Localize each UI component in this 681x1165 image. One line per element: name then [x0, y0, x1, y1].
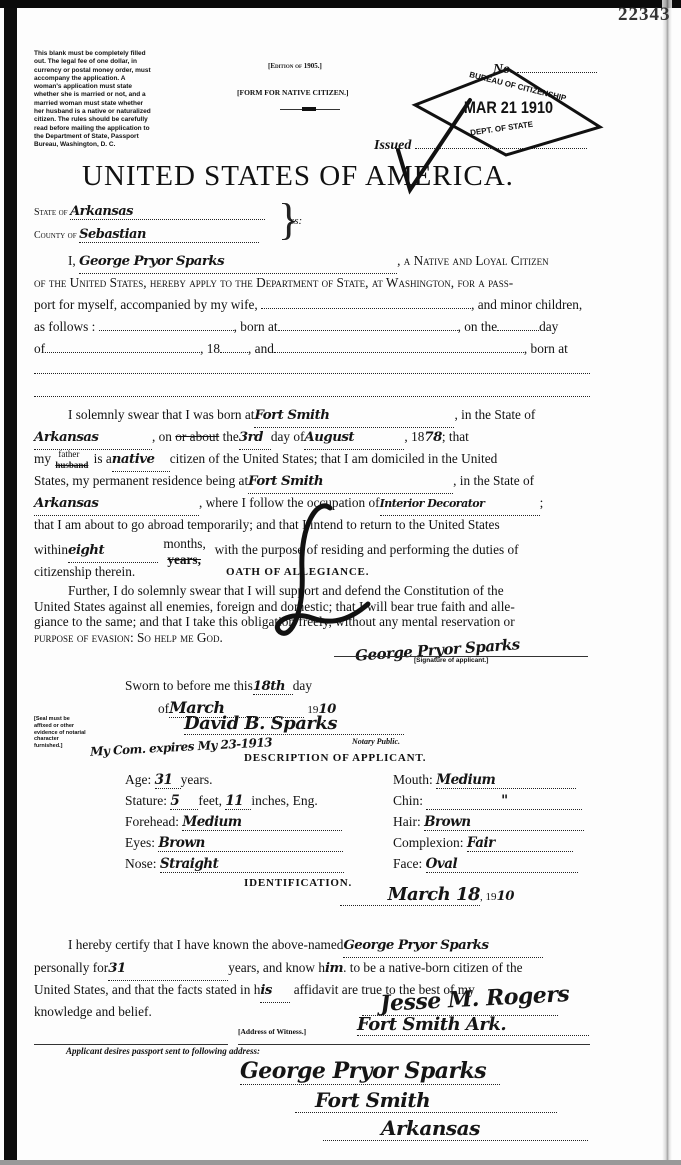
complexion-label: Complexion: [393, 835, 464, 850]
sworn-label: Sworn to before me this [125, 678, 253, 693]
second-child-line [274, 352, 524, 353]
hair-label: Hair: [393, 814, 421, 829]
day-label: day [539, 319, 558, 334]
within-value: eight [68, 541, 158, 563]
know-label: years, and know h [228, 960, 325, 975]
witness-address-field: Fort Smith Ark. [357, 1014, 589, 1036]
nose-field: Nose: Straight [125, 856, 344, 873]
mailing-state-value: Arkansas [323, 1116, 588, 1141]
knowledge-line: knowledge and belief. [34, 1002, 152, 1023]
blank-line-2 [34, 396, 590, 397]
residence-line: States, my permanent residence being atF… [34, 471, 534, 494]
abroad-line: that I am about to go abroad temporarily… [34, 515, 500, 536]
mailing-label: Applicant desires passport sent to follo… [66, 1046, 260, 1056]
born-at-label-2: , born at [524, 341, 568, 356]
native-born-text: to be a native-born citizen of the [350, 960, 523, 975]
the-label: the [223, 429, 239, 444]
birth-date-line: Arkansas, on or about the3rdday ofAugust… [34, 427, 469, 450]
scan-right-edge [662, 0, 672, 1165]
age-field: Age: 31years. [125, 772, 212, 789]
hair-field: Hair: Brown [393, 814, 584, 831]
age-years-label: years. [181, 772, 213, 787]
birth-month-value: August [304, 428, 404, 450]
instructions-note: This blank must be completely filled out… [34, 50, 152, 150]
sworn-day-value: 18th [253, 679, 293, 695]
chin-field: Chin: " [393, 793, 582, 810]
child-name-line [99, 330, 234, 331]
within-label: within [34, 542, 68, 557]
ss-label: ss: [290, 215, 302, 227]
witness-address-label: [Address of Witness.] [238, 1027, 306, 1036]
scan-bottom-edge [0, 1160, 681, 1165]
forehead-field: Forehead: Medium [125, 814, 342, 831]
application-line-3: port for myself, accompanied by my wife,… [34, 295, 582, 316]
nose-label: Nose: [125, 856, 157, 871]
of-label: of [34, 341, 45, 356]
day-of-label: day of [271, 429, 305, 444]
feet-label: feet, [198, 793, 222, 808]
notary-signature-line: David B. Sparks [184, 713, 404, 735]
father-line: my father husband is anativecitizen of t… [34, 449, 497, 472]
year-18-label: , 18 [200, 341, 220, 356]
complexion-field: Complexion: Fair [393, 835, 573, 852]
witness-address-value: Fort Smith Ark. [357, 1014, 589, 1036]
edition-label: [Edition of 1905.] [268, 62, 322, 70]
chin-label: Chin: [393, 793, 423, 808]
as-follows-label: as follows : [34, 319, 95, 334]
native-loyal-label: a Native and Loyal Citizen [404, 253, 549, 268]
nose-value: Straight [160, 856, 344, 873]
chin-value: " [426, 793, 582, 810]
eyes-label: Eyes: [125, 835, 155, 850]
on-the-label: , on the [458, 319, 498, 334]
known-name-value: George Pryor Sparks [343, 936, 543, 958]
face-value: Oval [426, 856, 578, 873]
state-value: Arkansas [70, 204, 265, 220]
state-of-label: , in the State of [454, 407, 535, 422]
forehead-label: Forehead: [125, 814, 179, 829]
eyes-field: Eyes: Brown [125, 835, 343, 852]
birth-state-value: Arkansas [34, 428, 152, 450]
document-title: UNITED STATES OF AMERICA. [82, 160, 514, 193]
sworn-of-label: of [158, 701, 169, 716]
personally-line: personally for31years, and know him. to … [34, 958, 523, 981]
born-at-line: I solemnly swear that I was born atFort … [68, 405, 535, 428]
county-field: County of Sebastian [34, 227, 259, 243]
face-field: Face: Oval [393, 856, 578, 873]
on-label: , on [152, 429, 172, 444]
birth-day-value: 3rd [239, 428, 271, 450]
years-struck: years, [167, 550, 201, 571]
seal-note: [Seal must be affixed or other evidence … [34, 716, 88, 750]
certify-label: I hereby certify that I have known the a… [68, 937, 343, 952]
description-heading: DESCRIPTION OF APPLICANT. [244, 752, 426, 764]
relation-choice: father husband [54, 453, 90, 467]
child-birthplace-line [278, 330, 458, 331]
notary-label: Notary Public. [352, 737, 400, 746]
his-value: is [260, 981, 290, 1003]
sworn-day-label: day [293, 678, 312, 693]
footer-divider-right [238, 1044, 590, 1045]
children-label: , and minor children, [471, 297, 582, 312]
and-label: , and [248, 341, 274, 356]
stature-inches-value: 11 [225, 793, 251, 810]
complexion-value: Fair [467, 835, 573, 852]
child-year-line [220, 352, 248, 353]
occupation-value: Interior Decorator [380, 494, 540, 516]
that-label: ; that [442, 429, 469, 444]
child-day-line [497, 330, 539, 331]
scan-top-border [0, 0, 681, 8]
application-line-2: of the United States, hereby apply to th… [34, 273, 513, 294]
stature-field: Stature: 5feet, 11inches, Eng. [125, 793, 318, 810]
year-prefix: , 18 [404, 429, 424, 444]
applicant-line: I, George Pryor Sparks, a Native and Loy… [68, 251, 549, 274]
identification-year-prefix: , 19 [480, 891, 497, 903]
citizenship-line: citizenship therein. [34, 562, 135, 583]
i-label: I, [68, 253, 76, 268]
residence-state-label: , in the State of [453, 473, 534, 488]
personally-label: personally for [34, 960, 108, 975]
years-known-value: 31 [108, 959, 228, 981]
face-label: Face: [393, 856, 422, 871]
mailing-name-value: George Pryor Sparks [240, 1058, 500, 1085]
identification-date: March 18, 1910 [340, 884, 514, 906]
mailing-line-1: George Pryor Sparks [240, 1058, 500, 1085]
divider-ornament [302, 107, 316, 111]
certify-line: I hereby certify that I have known the a… [68, 935, 543, 958]
residence-state-value: Arkansas [34, 494, 199, 516]
child-month-line [45, 352, 200, 353]
handwritten-l-mark [272, 500, 382, 650]
scan-left-border [4, 8, 17, 1165]
mouth-label: Mouth: [393, 772, 433, 787]
citizen-text: citizen of the United States; that I am … [170, 451, 498, 466]
mailing-city-value: Fort Smith [295, 1088, 557, 1113]
mouth-value: Medium [436, 772, 576, 789]
birth-year-value: 78 [424, 430, 442, 445]
inches-label: inches, Eng. [251, 793, 317, 808]
state-label: State of [34, 207, 68, 218]
eyes-value: Brown [158, 835, 343, 852]
application-line-5: of, 18, and, born at [34, 339, 568, 360]
duration-choice: months, years, [161, 544, 211, 558]
identification-year-value: 10 [497, 889, 515, 904]
signature-label: [Signature of applicant.] [414, 657, 488, 664]
age-value: 31 [155, 772, 181, 789]
facts-label: United States, and that the facts stated… [34, 982, 260, 997]
father-status-value: native [112, 450, 170, 472]
mailing-line-2: Fort Smith [295, 1088, 557, 1113]
my-label: my [34, 451, 51, 466]
age-label: Age: [125, 772, 151, 787]
stature-label: Stature: [125, 793, 167, 808]
notary-signature: David B. Sparks [184, 713, 404, 735]
footer-divider-left [34, 1044, 228, 1045]
birthplace-value: Fort Smith [254, 406, 454, 428]
residence-value: Fort Smith [248, 472, 453, 494]
mouth-field: Mouth: Medium [393, 772, 576, 789]
sworn-line: Sworn to before me this18thday [125, 678, 312, 695]
wife-label: port for myself, accompanied by my wife, [34, 297, 258, 312]
county-value: Sebastian [79, 227, 259, 243]
form-type-label: [FORM FOR NATIVE CITIZEN.] [237, 88, 349, 97]
document-number: 22343 [618, 4, 671, 26]
born-at-oath-label: I solemnly swear that I was born at [68, 407, 254, 422]
forehead-value: Medium [182, 814, 342, 831]
wife-value-line [261, 308, 471, 309]
mailing-line-3: Arkansas [323, 1116, 588, 1141]
passport-application-page: 22343 This blank must be completely fill… [0, 0, 681, 1165]
stature-feet-value: 5 [170, 793, 198, 810]
born-at-label: , born at [234, 319, 278, 334]
hair-value: Brown [424, 814, 584, 831]
blank-line-1 [34, 373, 590, 374]
application-line-4: as follows : , born at, on theday [34, 317, 558, 338]
county-label: County of [34, 230, 77, 241]
residence-label: States, my permanent residence being at [34, 473, 248, 488]
is-a-label: is a [94, 451, 112, 466]
him-value: im [325, 961, 343, 976]
identification-heading: IDENTIFICATION. [244, 877, 352, 889]
or-about-struck: or about [175, 429, 219, 444]
applicant-name: George Pryor Sparks [79, 252, 397, 274]
state-field: State of Arkansas [34, 204, 265, 220]
identification-date-value: March 18 [340, 884, 480, 906]
